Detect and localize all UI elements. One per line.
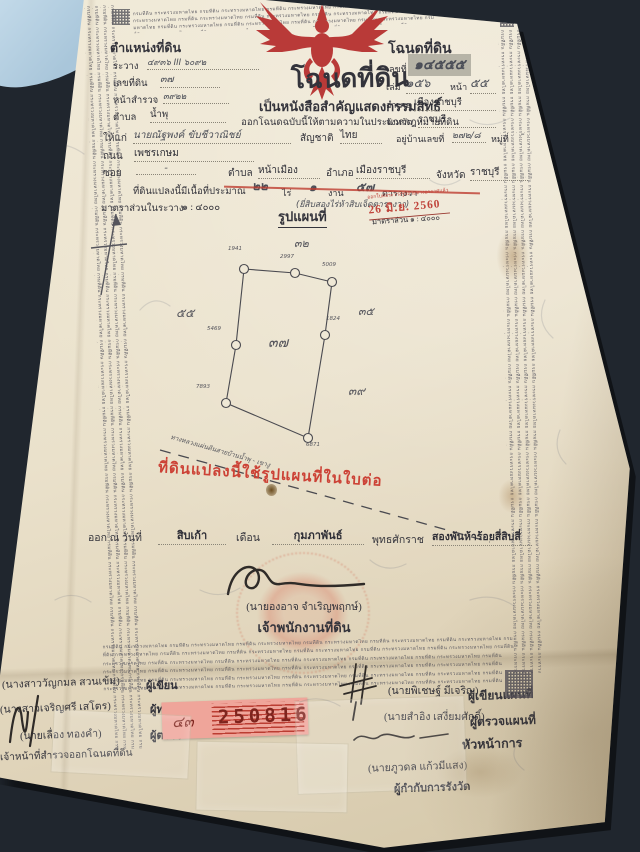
photo-scene: กรมที่ดิน กระทรวงมหาดไทย กรมที่ดิน กระทร… xyxy=(0,0,640,852)
